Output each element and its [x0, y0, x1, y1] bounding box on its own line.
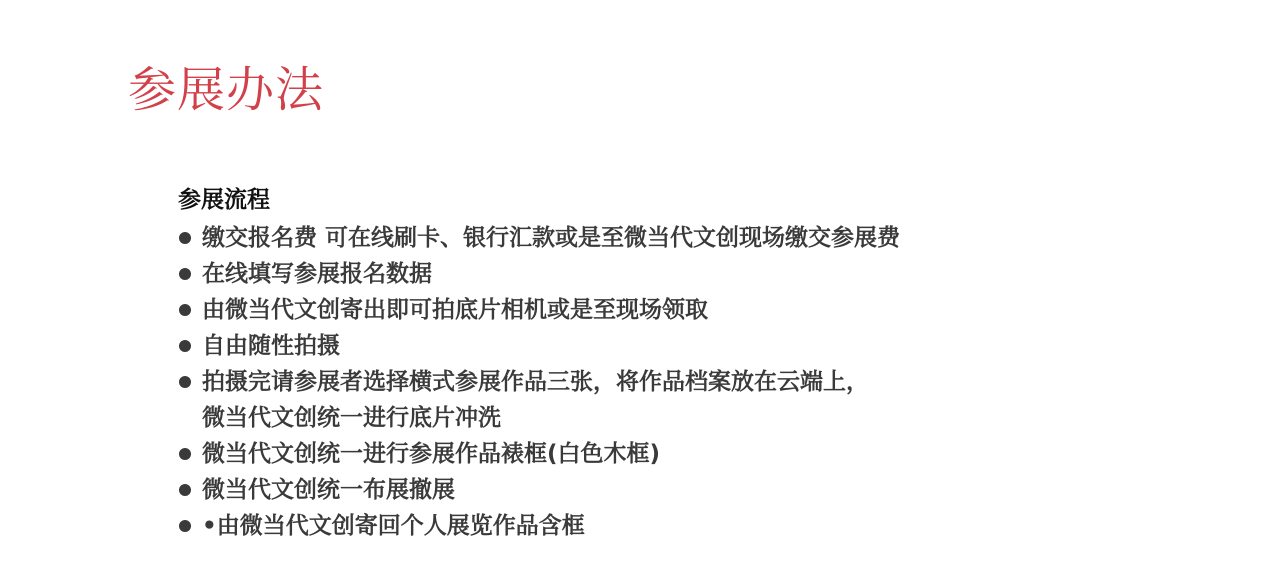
bullet-icon	[179, 448, 191, 460]
bullet-icon	[179, 520, 191, 532]
step-text-line-1: 拍摄完请参展者选择横式参展作品三张，将作品档案放在云端上，	[202, 364, 900, 400]
process-steps-list: 缴交报名费 可在线刷卡、银行汇款或是至微当代文创现场缴交参展费 在线填写参展报名…	[178, 220, 900, 544]
step-item-submit-photos: 拍摄完请参展者选择横式参展作品三张，将作品档案放在云端上， 微当代文创统一进行底…	[178, 364, 900, 436]
step-item-framing: 微当代文创统一进行参展作品裱框(白色木框)	[178, 436, 900, 472]
step-text: 自由随性拍摄	[202, 328, 900, 364]
step-item-register-online: 在线填写参展报名数据	[178, 256, 900, 292]
bullet-icon	[179, 376, 191, 388]
bullet-icon	[179, 232, 191, 244]
step-item-return-works: •由微当代文创寄回个人展览作品含框	[178, 508, 900, 544]
step-text: 微当代文创统一布展撤展	[202, 472, 900, 508]
step-text-line-2: 微当代文创统一进行底片冲洗	[202, 400, 900, 436]
step-text: 由微当代文创寄出即可拍底片相机或是至现场领取	[202, 292, 900, 328]
process-section: 参展流程 缴交报名费 可在线刷卡、银行汇款或是至微当代文创现场缴交参展费 在线填…	[178, 184, 900, 544]
bullet-icon	[179, 340, 191, 352]
section-heading: 参展流程	[178, 184, 900, 216]
step-text: 在线填写参展报名数据	[202, 256, 900, 292]
page-title: 参展办法	[128, 60, 324, 120]
step-item-receive-camera: 由微当代文创寄出即可拍底片相机或是至现场领取	[178, 292, 900, 328]
step-text: •由微当代文创寄回个人展览作品含框	[202, 508, 900, 544]
bullet-icon	[179, 268, 191, 280]
step-item-shoot: 自由随性拍摄	[178, 328, 900, 364]
step-text: 微当代文创统一进行参展作品裱框(白色木框)	[202, 436, 900, 472]
bullet-icon	[179, 304, 191, 316]
step-item-setup-teardown: 微当代文创统一布展撤展	[178, 472, 900, 508]
bullet-icon	[179, 484, 191, 496]
step-item-pay-fee: 缴交报名费 可在线刷卡、银行汇款或是至微当代文创现场缴交参展费	[178, 220, 900, 256]
step-text: 缴交报名费 可在线刷卡、银行汇款或是至微当代文创现场缴交参展费	[202, 220, 900, 256]
